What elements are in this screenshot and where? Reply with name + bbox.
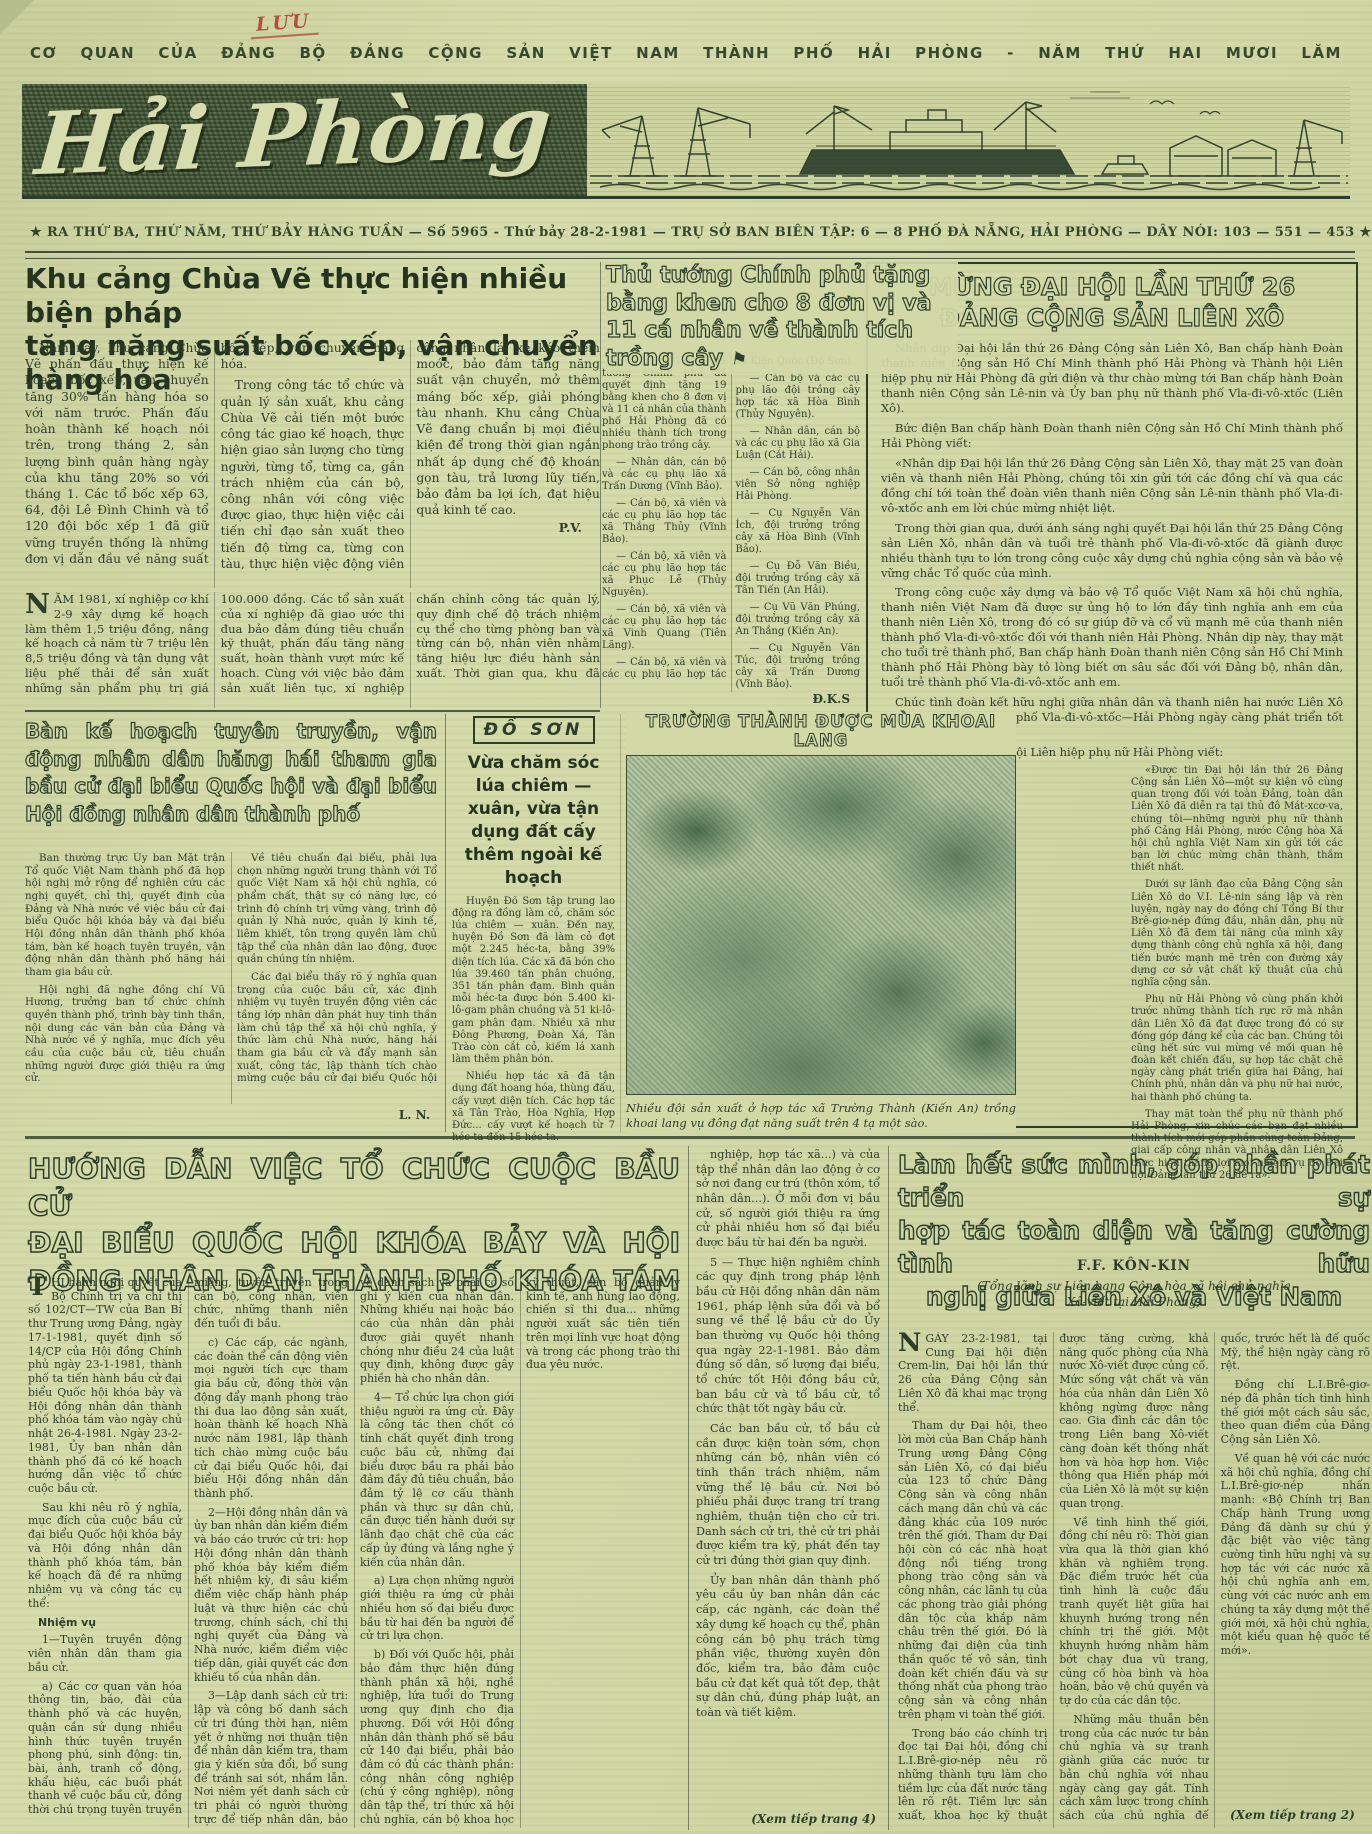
paragraph: Về tiêu chuẩn đại biểu, phải lựa chọn nh… <box>237 852 437 966</box>
article-guide-body: THI hành nghị quyết của Bộ Chính trị và … <box>28 1276 680 1828</box>
paragraph: — Cán bộ, công nhân viên Sở nông nghiệp … <box>736 467 861 503</box>
paragraph: Hội nghị đã nghe đồng chí Vũ Hương, trưở… <box>25 984 225 1085</box>
paragraph: — Cán bộ, xã viên và các cụ phụ lão hợp … <box>602 604 727 652</box>
paragraph: nghiệp, hợp tác xã...) và của tập thể nh… <box>696 1148 880 1251</box>
paragraph: «Được tin Đại hội lần thứ 26 Đảng Cộng s… <box>1131 765 1343 875</box>
doson-headline: Vừa chăm sóc lúa chiêm — xuân, vừa tận d… <box>452 752 615 890</box>
issue-info-line: ★ RA THỨ BA, THỨ NĂM, THỨ BẢY HÀNG TUẦN … <box>30 225 1342 240</box>
paragraph: Ủy ban nhân dân thành phố yêu cầu ủy ban… <box>696 1574 880 1721</box>
photo-caption: Nhiều đội sản xuất ở hợp tác xã Trường T… <box>626 1101 1016 1131</box>
byline: P.V. <box>416 520 600 536</box>
khoai-lang-field-photo <box>626 755 1016 1095</box>
archive-stamp: LƯU <box>249 10 318 40</box>
paragraph: Nhiều hợp tác xã đã tận dụng đất hoang h… <box>452 1071 615 1144</box>
headline-line: Khu cảng Chùa Vẽ thực hiện nhiều biện ph… <box>25 262 600 329</box>
article-port-paragraphs: Năm nay, khu cảng Chùa Vẽ phấn đấu thực … <box>25 340 600 588</box>
headline-text: Thủ tướng Chính phủ tặng bằng khen cho 8… <box>606 263 932 371</box>
divider <box>25 251 1355 259</box>
paragraph: 2—Hội đồng nhân dân và ủy ban nhân dân k… <box>194 1506 348 1685</box>
column-divider <box>688 1146 689 1830</box>
flag-icon: ⚑ <box>729 349 748 373</box>
article-award-body: Ngày 19-2-1981, thủ tướng Chính phủ đã q… <box>602 356 860 692</box>
column-divider <box>888 1146 889 1830</box>
article-guide-col5-paragraphs: nghiệp, hợp tác xã...) và của tập thể nh… <box>696 1148 880 1721</box>
continued-note: (Xem tiếp trang 4) <box>751 1812 876 1828</box>
divider <box>25 710 600 712</box>
paragraph: NĂM 1981, xí nghiệp cơ khí 2-9 xây dựng … <box>25 592 600 708</box>
article-port-body: Năm nay, khu cảng Chùa Vẽ phấn đấu thực … <box>25 340 600 588</box>
paragraph: Tham dự Đại hội, theo lời mời của Ban Ch… <box>898 1419 1047 1721</box>
article-guide-column5: nghiệp, hợp tác xã...) và của tập thể nh… <box>696 1148 880 1830</box>
headline-line: Làm hết sức mình, góp phần phát triển sự <box>898 1148 1370 1214</box>
paragraph: Bức điện Ban chấp hành Đoàn thanh niên C… <box>881 421 1343 451</box>
paragraph: Ban thường trực Ủy ban Mặt trận Tổ quốc … <box>25 852 225 979</box>
paragraph: — Cụ Đỗ Văn Biều, đội trưởng trồng cây x… <box>736 561 861 597</box>
paragraph: Dưới sự lãnh đạo của Đảng Cộng sản Liên … <box>1131 879 1343 989</box>
paragraph: — Cán bộ, xã viên và các cụ phụ lão hợp … <box>602 551 727 599</box>
paragraph: Huyện Đồ Sơn tập trung lao động ra đồng … <box>452 896 615 1067</box>
paragraph: — Nhân dân, cán bộ và các cụ phụ lão xã … <box>602 457 727 493</box>
paragraph: Các ban bầu cử, tổ bầu cử cần được kiện … <box>696 1422 880 1569</box>
paragraph: c) Các cấp, các ngành, các đoàn thể cần … <box>194 1336 348 1501</box>
paragraph: 1—Tuyên truyền động viên nhân dân tham g… <box>28 1633 182 1674</box>
paragraph: — Cán bộ và các cụ phụ lão đội trồng cây… <box>736 373 861 421</box>
article-port-body-2: NĂM 1981, xí nghiệp cơ khí 2-9 xây dựng … <box>25 592 600 708</box>
paragraph: Trong thời gian qua, dưới ánh sáng nghị … <box>881 521 1343 581</box>
paragraph: Phụ nữ Hải Phòng vô cùng phấn khởi trước… <box>1131 994 1343 1104</box>
column-divider <box>600 262 601 708</box>
masthead: Hải Phòng <box>22 84 1350 199</box>
subhead: Nhiệm vụ <box>28 1616 182 1630</box>
paragraph: Về quan hệ với các nước xã hội chủ nghĩa… <box>1221 1452 1370 1658</box>
paragraph: — Nhân dân, cán bộ và các cụ phụ lão xã … <box>736 426 861 462</box>
paragraph: Về tình hình thế giới, đồng chí nêu rõ: … <box>1059 1516 1208 1708</box>
article-friendship-paragraphs: NGÀY 23-2-1981, tại Cung Đại hội điện Cr… <box>898 1332 1370 1828</box>
article-plan-paragraphs: Ban thường trực Ủy ban Mặt trận Tổ quốc … <box>25 852 437 1104</box>
paragraph: «Nhân dịp Đại hội lần thứ 26 Đảng Cộng s… <box>881 456 1343 516</box>
article-guide-paragraphs: THI hành nghị quyết của Bộ Chính trị và … <box>28 1276 182 1611</box>
agency-line: CƠ QUAN CỦA ĐẢNG BỘ ĐẢNG CỘNG SẢN VIỆT N… <box>30 44 1342 62</box>
article-plan-body: Ban thường trực Ủy ban Mặt trận Tổ quốc … <box>25 852 437 1104</box>
doson-column: ĐỒ SƠN Vừa chăm sóc lúa chiêm — xuân, vừ… <box>452 716 615 1146</box>
paragraph: NGÀY 23-2-1981, tại Cung Đại hội điện Cr… <box>898 1332 1047 1414</box>
paragraph: 5 — Thực hiện nghiêm chỉnh các quy định … <box>696 1256 880 1417</box>
photo-title: TRƯỜNG THÀNH ĐƯỢC MÙA KHOAI LANG <box>626 712 1016 750</box>
headline-line: HƯỚNG DẪN VIỆC TỔ CHỨC CUỘC BẦU CỬ <box>28 1150 680 1224</box>
paragraph: THI hành nghị quyết của Bộ Chính trị và … <box>28 1276 182 1496</box>
paragraph: a) Lựa chọn những người giới thiệu ra ứn… <box>360 1574 514 1643</box>
doson-paragraphs: Huyện Đồ Sơn tập trung lao động ra đồng … <box>452 896 615 1146</box>
paragraph: — Cụ Nguyễn Văn Túc, đội trưởng trồng câ… <box>736 643 861 691</box>
article-friendship-byline-note: (Tổng lãnh sự Liên bang Cộng hòa xã hội … <box>968 1278 1300 1310</box>
paragraph: Sau khi nêu rõ ý nghĩa, mục đích của cuộ… <box>28 1501 182 1611</box>
congress-box-narrow-text: «Được tin Đại hội lần thứ 26 Đảng Cộng s… <box>1131 765 1343 1182</box>
continued-note: (Xem tiếp trang 2) <box>1230 1808 1362 1832</box>
article-port-paragraphs-2: NĂM 1981, xí nghiệp cơ khí 2-9 xây dựng … <box>25 592 600 708</box>
photo-block: TRƯỜNG THÀNH ĐƯỢC MÙA KHOAI LANG Nhiều đ… <box>626 712 1016 1133</box>
article-plan-headline: Bàn kế hoạch tuyên truyền, vận động nhân… <box>25 718 437 828</box>
column-divider <box>620 714 621 1132</box>
paragraph: — Cụ Vũ Văn Phúng, đội trưởng trồng cây … <box>736 602 861 638</box>
masthead-band: Hải Phòng <box>22 84 587 196</box>
paragraph: 4— Tổ chức lựa chọn giới thiệu người ra … <box>360 1391 514 1570</box>
byline: Đ.K.S <box>760 692 868 706</box>
harbor-illustration <box>590 86 1348 192</box>
divider <box>25 1136 1355 1139</box>
corner-fold <box>0 0 34 34</box>
article-friendship-body: NGÀY 23-2-1981, tại Cung Đại hội điện Cr… <box>898 1332 1370 1828</box>
newspaper-page: CƠ QUAN CỦA ĐẢNG BỘ ĐẢNG CỘNG SẢN VIỆT N… <box>0 0 1372 1834</box>
article-friendship-byline: F.F. KÔN-KIN <box>898 1258 1370 1274</box>
column-divider <box>445 714 446 1132</box>
paragraph: Trong công tác tổ chức và quản lý sản xu… <box>221 340 600 588</box>
paragraph: Trong công cuộc xây dựng và bảo vệ Tổ qu… <box>881 585 1343 690</box>
paragraph: Đồng chí L.I.Brê-giơ-nép đã phân tích tì… <box>1221 1378 1370 1447</box>
paragraph: — Cụ Nguyễn Văn Ích, đội trưởng trồng câ… <box>736 508 861 556</box>
doson-label: ĐỒ SƠN <box>473 716 595 744</box>
paragraph: — Cán bộ, xã viên và các cụ phụ lão hợp … <box>602 498 727 546</box>
masthead-illustration-area <box>587 84 1350 196</box>
headline-line: ĐẠI BIỂU QUỐC HỘI KHÓA BẢY VÀ HỘI <box>28 1224 680 1261</box>
article-award-headline: Thủ tướng Chính phủ tặng bằng khen cho 8… <box>606 262 958 374</box>
congress-box-wide-text: Nhân dịp Đại hội lần thứ 26 Đảng Cộng sả… <box>881 341 1343 759</box>
newspaper-title: Hải Phòng <box>32 84 557 196</box>
byline: L. N. <box>340 1108 448 1122</box>
